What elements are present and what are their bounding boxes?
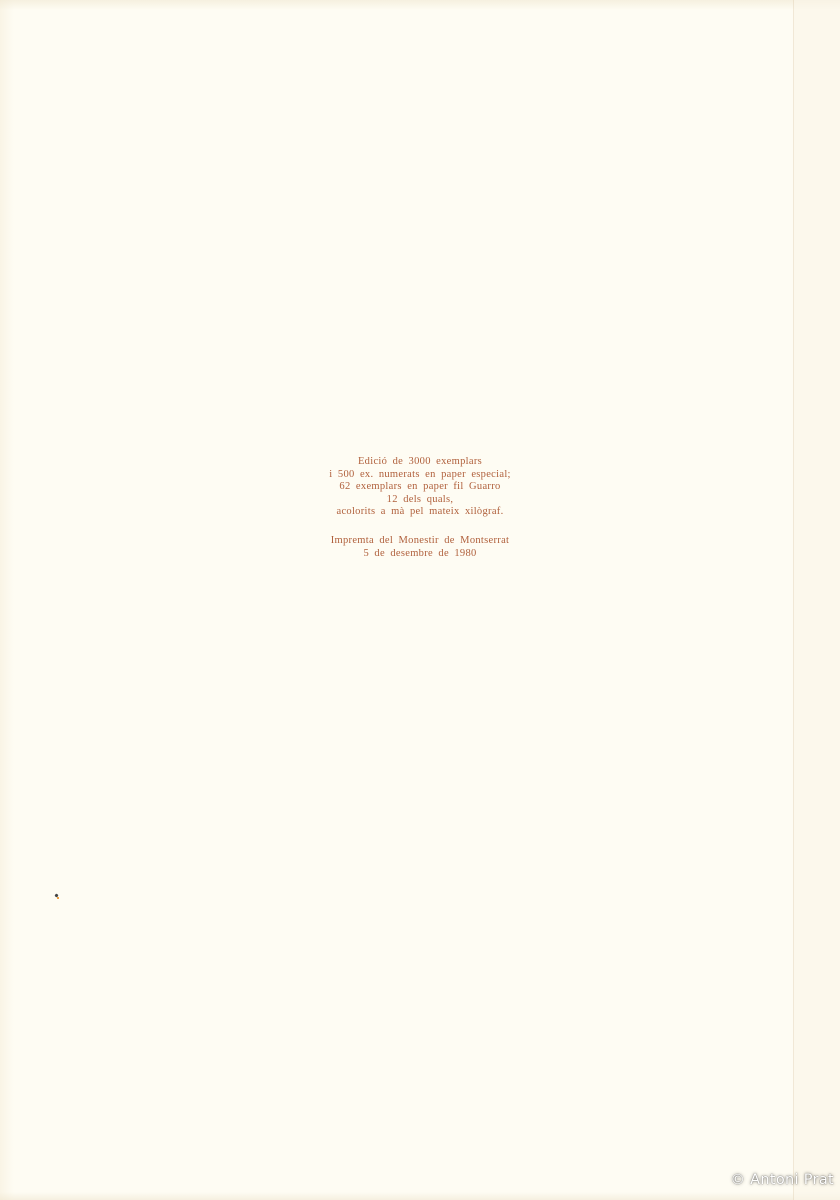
edition-statement: Edició de 3000 exemplars i 500 ex. numer… <box>0 456 840 519</box>
edition-line: 12 dels quals, <box>0 494 840 507</box>
printer-statement: Impremta del Monestir de Montserrat 5 de… <box>0 535 840 560</box>
printer-name: Impremta del Monestir de Montserrat <box>0 535 840 548</box>
edition-line: acolorits a mà pel mateix xilògraf. <box>0 506 840 519</box>
edition-line: i 500 ex. numerats en paper especial; <box>0 469 840 482</box>
paper-speck <box>57 897 59 899</box>
edition-line: Edició de 3000 exemplars <box>0 456 840 469</box>
edition-line: 62 exemplars en paper fil Guarro <box>0 481 840 494</box>
print-date: 5 de desembre de 1980 <box>0 548 840 561</box>
page-edge-strip <box>794 0 840 1200</box>
copyright-watermark: © Antoni Prat <box>730 1172 834 1188</box>
scanned-page: Edició de 3000 exemplars i 500 ex. numer… <box>0 0 840 1200</box>
page-fold-line <box>793 0 794 1200</box>
